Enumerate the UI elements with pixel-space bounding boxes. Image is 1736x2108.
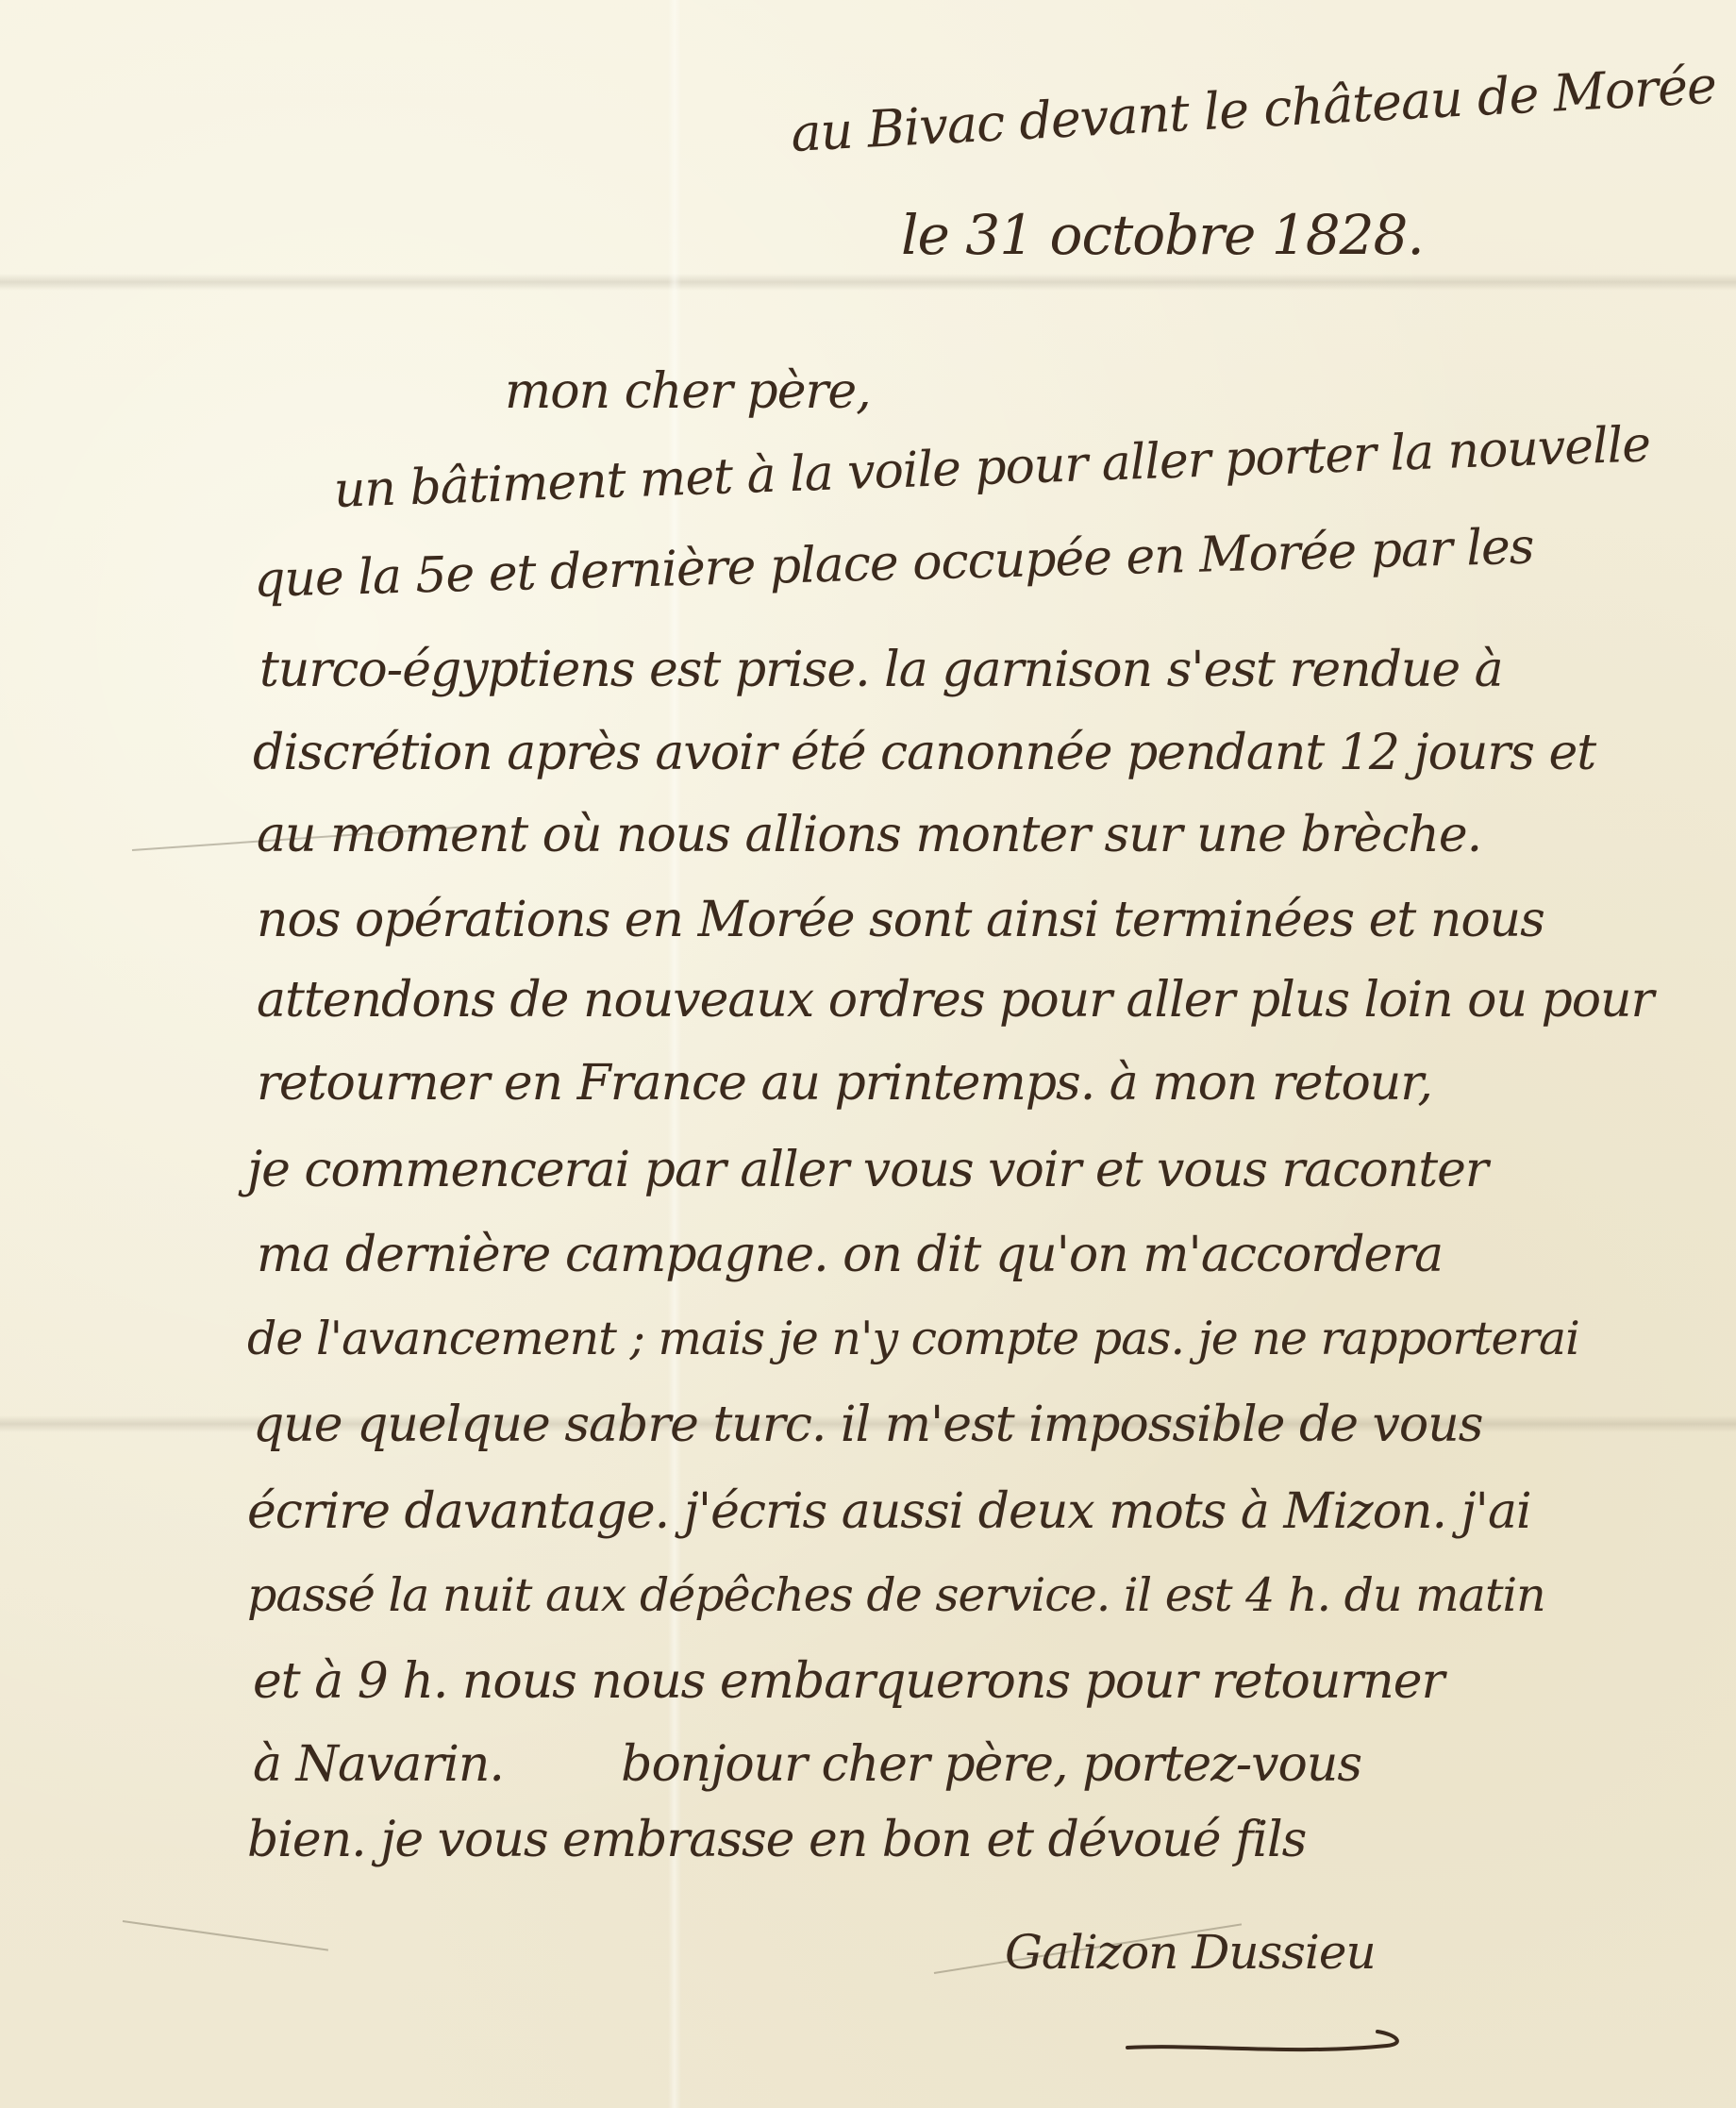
body-line: que la 5e et dernière place occupée en M… xyxy=(253,519,1534,609)
signature-flourish xyxy=(1123,2027,1406,2065)
body-line: ma dernière campagne. on dit qu'on m'acc… xyxy=(257,1227,1443,1283)
body-line: et à 9 h. nous nous embarquerons pour re… xyxy=(253,1653,1444,1710)
body-line: turco-égyptiens est prise. la garnison s… xyxy=(259,642,1503,698)
date-line: le 31 octobre 1828. xyxy=(901,203,1424,267)
body-line: que quelque sabre turc. il m'est impossi… xyxy=(253,1397,1482,1453)
body-line: passé la nuit aux dépêches de service. i… xyxy=(247,1568,1545,1622)
body-line: un bâtiment met à la voile pour aller po… xyxy=(333,416,1651,519)
body-line: je commencerai par aller vous voir et vo… xyxy=(247,1142,1488,1198)
body-line: retourner en France au printemps. à mon … xyxy=(257,1055,1432,1112)
body-line: discrétion après avoir été canonnée pend… xyxy=(253,725,1595,781)
body-line: écrire davantage. j'écris aussi deux mot… xyxy=(247,1483,1531,1540)
body-line: au moment où nous allions monter sur une… xyxy=(257,807,1481,863)
body-line: de l'avancement ; mais je n'y compte pas… xyxy=(247,1312,1579,1365)
signature: Galizon Dussieu xyxy=(1005,1925,1376,1980)
body-line: nos opérations en Morée sont ainsi termi… xyxy=(257,892,1544,948)
body-line: à Navarin. bonjour cher père, portez-vou… xyxy=(253,1736,1361,1793)
body-line: bien. je vous embrasse en bon et dévoué … xyxy=(247,1812,1306,1868)
paper-fold xyxy=(0,274,1736,291)
place-line: au Bivac devant le château de Morée xyxy=(790,56,1718,163)
paper-crease xyxy=(123,1920,328,1951)
salutation: mon cher père, xyxy=(505,363,871,420)
body-line: attendons de nouveaux ordres pour aller … xyxy=(257,972,1653,1029)
